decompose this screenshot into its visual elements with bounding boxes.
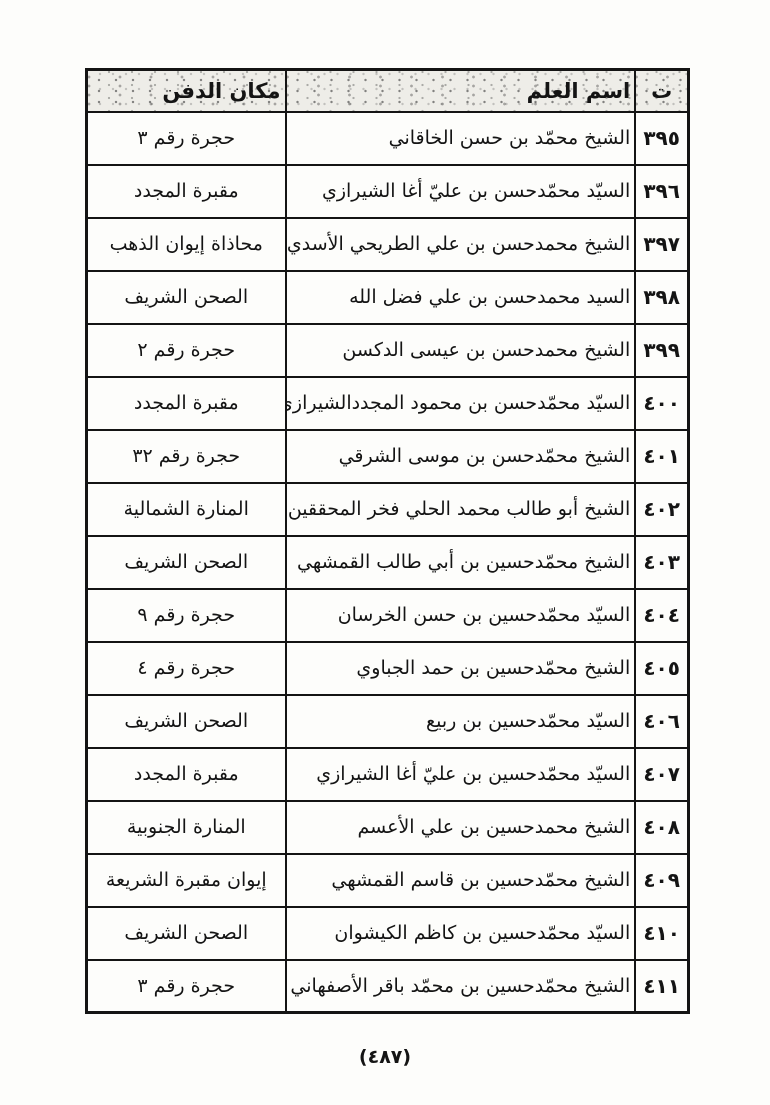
serial-number: ٤١٠ — [635, 907, 688, 960]
scholar-name: الشيخ محمّدحسين بن حمد الجباوي — [286, 642, 636, 695]
burial-place: حجرة رقم ٣ — [87, 960, 286, 1013]
scholar-name: السيّد محمّدحسين بن ربيع — [286, 695, 636, 748]
burial-place: الصحن الشريف — [87, 271, 286, 324]
scholar-name: السيّد محمّدحسين بن حسن الخرسان — [286, 589, 636, 642]
scholar-name: السيّد محمّدحسين بن كاظم الكيشوان — [286, 907, 636, 960]
scholar-name: الشيخ محمدحسن بن علي الطريحي الأسدي — [286, 218, 636, 271]
table-row: ٤٠٠ السيّد محمّدحسن بن محمود المجددالشير… — [87, 377, 689, 430]
header-serial-number: ت — [635, 70, 688, 112]
scholar-name: الشيخ محمدحسين بن علي الأعسم — [286, 801, 636, 854]
serial-number: ٤٠٣ — [635, 536, 688, 589]
table-row: ٤٠٥ الشيخ محمّدحسين بن حمد الجباوي حجرة … — [87, 642, 689, 695]
scanned-book-page: ت اسم العلم مكان الدفن ٣٩٥ الشيخ محمّد ب… — [0, 0, 770, 1105]
table-row: ٤٠٤ السيّد محمّدحسين بن حسن الخرسان حجرة… — [87, 589, 689, 642]
burial-place: مقبرة المجدد — [87, 377, 286, 430]
serial-number: ٣٩٩ — [635, 324, 688, 377]
serial-number: ٤٠٥ — [635, 642, 688, 695]
table-row: ٣٩٧ الشيخ محمدحسن بن علي الطريحي الأسدي … — [87, 218, 689, 271]
table-row: ٣٩٦ السيّد محمّدحسن بن عليّ أغا الشيرازي… — [87, 165, 689, 218]
table-row: ٤١٠ السيّد محمّدحسين بن كاظم الكيشوان ال… — [87, 907, 689, 960]
serial-number: ٣٩٨ — [635, 271, 688, 324]
burial-place: إيوان مقبرة الشريعة — [87, 854, 286, 907]
table-row: ٤٠١ الشيخ محمّدحسن بن موسى الشرقي حجرة ر… — [87, 430, 689, 483]
table-row: ٤٠٣ الشيخ محمّدحسين بن أبي طالب القمشهي … — [87, 536, 689, 589]
scholar-name: الشيخ محمّدحسين بن أبي طالب القمشهي — [286, 536, 636, 589]
burial-place: المنارة الشمالية — [87, 483, 286, 536]
table-row: ٤١١ الشيخ محمّدحسين بن محمّد باقر الأصفه… — [87, 960, 689, 1013]
serial-number: ٣٩٦ — [635, 165, 688, 218]
serial-number: ٤٠٨ — [635, 801, 688, 854]
table-header-row: ت اسم العلم مكان الدفن — [87, 70, 689, 112]
scholar-name: الشيخ محمدحسن بن عيسى الدكسن — [286, 324, 636, 377]
burial-place: الصحن الشريف — [87, 907, 286, 960]
page-number: (٤٨٧) — [0, 1046, 770, 1068]
burial-place: محاذاة إيوان الذهب — [87, 218, 286, 271]
serial-number: ٤٠٧ — [635, 748, 688, 801]
burial-place: الصحن الشريف — [87, 695, 286, 748]
table-row: ٤٠٧ السيّد محمّدحسين بن عليّ أغا الشيراز… — [87, 748, 689, 801]
header-burial-place: مكان الدفن — [87, 70, 286, 112]
scholar-name: السيّد محمّدحسن بن عليّ أغا الشيرازي — [286, 165, 636, 218]
scholars-burial-table: ت اسم العلم مكان الدفن ٣٩٥ الشيخ محمّد ب… — [85, 68, 690, 1014]
serial-number: ٤٠٠ — [635, 377, 688, 430]
burial-place: حجرة رقم ٤ — [87, 642, 286, 695]
burial-place: الصحن الشريف — [87, 536, 286, 589]
table-row: ٣٩٨ السيد محمدحسن بن علي فضل الله الصحن … — [87, 271, 689, 324]
table-row: ٤٠٨ الشيخ محمدحسين بن علي الأعسم المنارة… — [87, 801, 689, 854]
scholar-name: السيّد محمّدحسين بن عليّ أغا الشيرازي — [286, 748, 636, 801]
serial-number: ٤٠٤ — [635, 589, 688, 642]
scholar-name: الشيخ محمّد بن حسن الخاقاني — [286, 112, 636, 165]
burial-place: حجرة رقم ٢ — [87, 324, 286, 377]
serial-number: ٣٩٥ — [635, 112, 688, 165]
serial-number: ٤٠١ — [635, 430, 688, 483]
scholar-name: الشيخ محمّدحسن بن موسى الشرقي — [286, 430, 636, 483]
table-row: ٤٠٦ السيّد محمّدحسين بن ربيع الصحن الشري… — [87, 695, 689, 748]
scholar-name: السيّد محمّدحسن بن محمود المجددالشيرازي — [286, 377, 636, 430]
scholar-name: الشيخ أبو طالب محمد الحلي فخر المحققين — [286, 483, 636, 536]
serial-number: ٤٠٦ — [635, 695, 688, 748]
table-row: ٤٠٩ الشيخ محمّدحسين بن قاسم القمشهي إيوا… — [87, 854, 689, 907]
burial-place: حجرة رقم ٣ — [87, 112, 286, 165]
table-body: ٣٩٥ الشيخ محمّد بن حسن الخاقاني حجرة رقم… — [87, 112, 689, 1013]
scholar-name: السيد محمدحسن بن علي فضل الله — [286, 271, 636, 324]
serial-number: ٤١١ — [635, 960, 688, 1013]
burial-place: المنارة الجنوبية — [87, 801, 286, 854]
scholar-name: الشيخ محمّدحسين بن محمّد باقر الأصفهاني — [286, 960, 636, 1013]
table-row: ٣٩٥ الشيخ محمّد بن حسن الخاقاني حجرة رقم… — [87, 112, 689, 165]
table-row: ٤٠٢ الشيخ أبو طالب محمد الحلي فخر المحقق… — [87, 483, 689, 536]
serial-number: ٤٠٩ — [635, 854, 688, 907]
burial-place: مقبرة المجدد — [87, 748, 286, 801]
header-scholar-name: اسم العلم — [286, 70, 636, 112]
burial-place: حجرة رقم ٣٢ — [87, 430, 286, 483]
serial-number: ٤٠٢ — [635, 483, 688, 536]
table-row: ٣٩٩ الشيخ محمدحسن بن عيسى الدكسن حجرة رق… — [87, 324, 689, 377]
burial-place: حجرة رقم ٩ — [87, 589, 286, 642]
scholar-name: الشيخ محمّدحسين بن قاسم القمشهي — [286, 854, 636, 907]
serial-number: ٣٩٧ — [635, 218, 688, 271]
burial-place: مقبرة المجدد — [87, 165, 286, 218]
